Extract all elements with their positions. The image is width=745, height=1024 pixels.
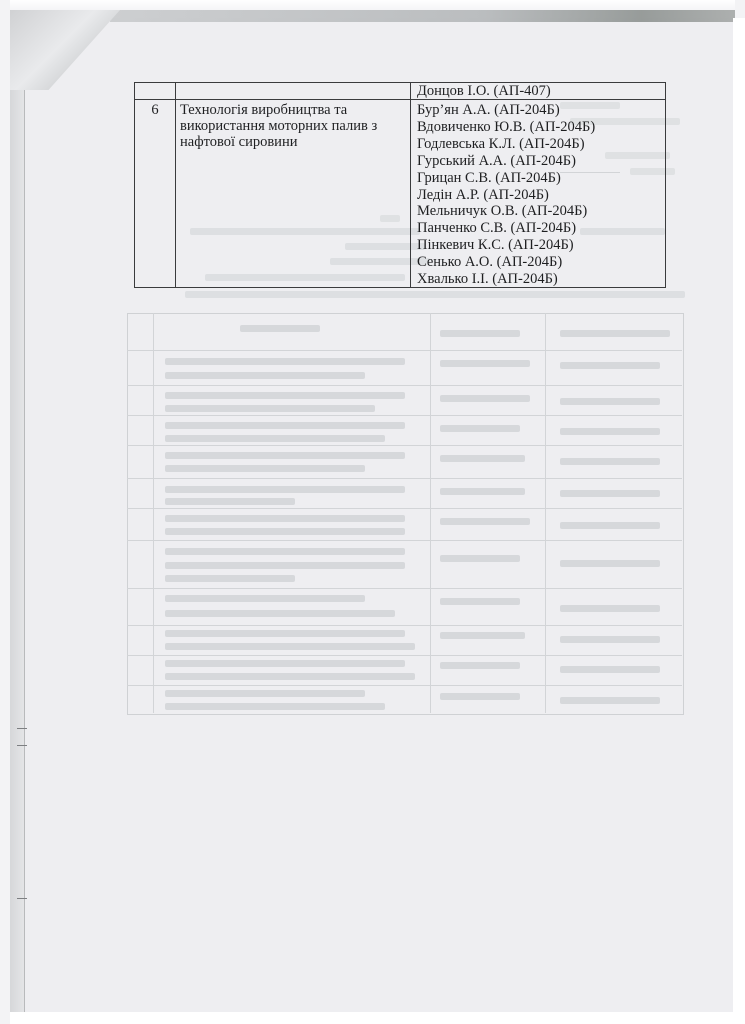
previous-row-student: Донцов І.О. (АП-407) — [417, 83, 551, 99]
page-left-edge — [10, 90, 25, 1013]
student-name: Сенько А.О. (АП-204Б) — [417, 254, 595, 271]
student-name: Панченко С.В. (АП-204Б) — [417, 220, 595, 237]
student-list: Бур’ян А.А. (АП-204Б) Вдовиченко Ю.В. (А… — [417, 102, 595, 288]
edge-mark — [17, 745, 27, 746]
scan-background-bottom — [10, 1012, 745, 1024]
student-name: Ледін А.Р. (АП-204Б) — [417, 187, 595, 204]
student-name: Бур’ян А.А. (АП-204Б) — [417, 102, 595, 119]
student-name: Вдовиченко Ю.В. (АП-204Б) — [417, 119, 595, 136]
table-column-divider — [410, 83, 411, 287]
row-number: 6 — [135, 102, 175, 119]
student-name: Пінкевич К.С. (АП-204Б) — [417, 237, 595, 254]
topic-title: Технологія виробництва та використання м… — [180, 102, 405, 151]
student-name: Мельничук О.В. (АП-204Б) — [417, 203, 595, 220]
topics-table: Донцов І.О. (АП-407) 6 Технологія виробн… — [134, 82, 666, 288]
student-name: Годлевська К.Л. (АП-204Б) — [417, 136, 595, 153]
edge-mark — [17, 898, 27, 899]
student-name: Грицан С.В. (АП-204Б) — [417, 170, 595, 187]
scan-background-right — [733, 18, 745, 1024]
student-name: Хвалько І.І. (АП-204Б) — [417, 271, 595, 288]
table-row-divider — [135, 99, 665, 100]
edge-mark — [17, 728, 27, 729]
table-column-divider — [175, 83, 176, 287]
page-top-edge-shadow — [110, 10, 735, 22]
student-name: Гурський А.А. (АП-204Б) — [417, 153, 595, 170]
